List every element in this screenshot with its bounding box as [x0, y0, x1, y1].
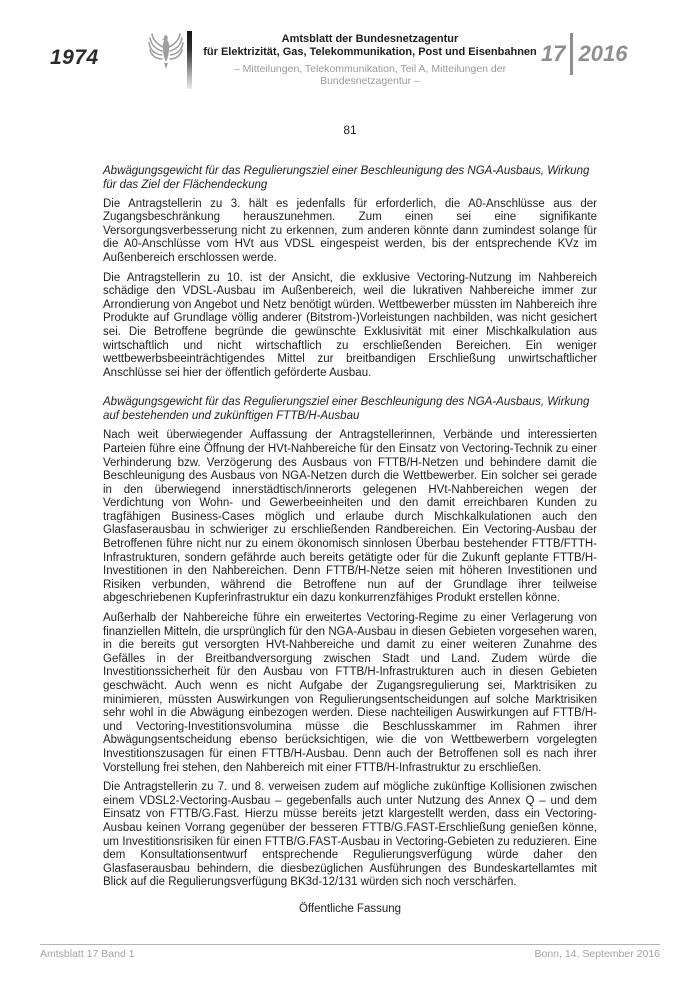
document-body: 81 Abwägungsgewicht für das Regulierungs…: [103, 124, 597, 917]
document-page: { "header": { "page_number_left": "1974"…: [0, 0, 700, 990]
running-page-number: 1974: [50, 46, 99, 70]
body-paragraph-4: Außerhalb der Nahbereiche führe ein erwe…: [103, 612, 597, 775]
footer-left: Amtsblatt 17 Band 1: [40, 948, 135, 960]
footer-right: Bonn, 14. September 2016: [534, 948, 660, 960]
issue-label: 17 2016: [541, 33, 627, 75]
section-heading-2: Abwägungsgewicht für das Regulierungszie…: [103, 395, 597, 423]
body-paragraph-2: Die Antragstellerin zu 10. ist der Ansic…: [103, 272, 597, 381]
issue-divider-bar: [570, 33, 573, 75]
masthead-title-line2: für Elektrizität, Gas, Telekommunikation…: [190, 46, 550, 59]
page-header: 1974 Amtsblatt der Bundesnetzagentur für…: [0, 0, 700, 100]
body-paragraph-5: Die Antragstellerin zu 7. und 8. verweis…: [103, 781, 597, 890]
bundesadler-eagle-icon: [148, 31, 184, 76]
body-paragraph-1: Die Antragstellerin zu 3. hält es jedenf…: [103, 198, 597, 266]
page-footer: Amtsblatt 17 Band 1 Bonn, 14. September …: [40, 944, 660, 960]
masthead-title-line1: Amtsblatt der Bundesnetzagentur: [190, 33, 550, 46]
masthead: Amtsblatt der Bundesnetzagentur für Elek…: [190, 33, 550, 87]
issue-year: 2016: [578, 41, 627, 67]
page-number: 81: [103, 124, 597, 138]
body-paragraph-3: Nach weit überwiegender Auffassung der A…: [103, 429, 597, 606]
section-heading-1: Abwägungsgewicht für das Regulierungszie…: [103, 164, 597, 192]
masthead-subtitle: – Mitteilungen, Telekommunikation, Teil …: [190, 63, 550, 87]
closing-note: Öffentliche Fassung: [103, 903, 597, 917]
issue-number: 17: [541, 41, 565, 67]
